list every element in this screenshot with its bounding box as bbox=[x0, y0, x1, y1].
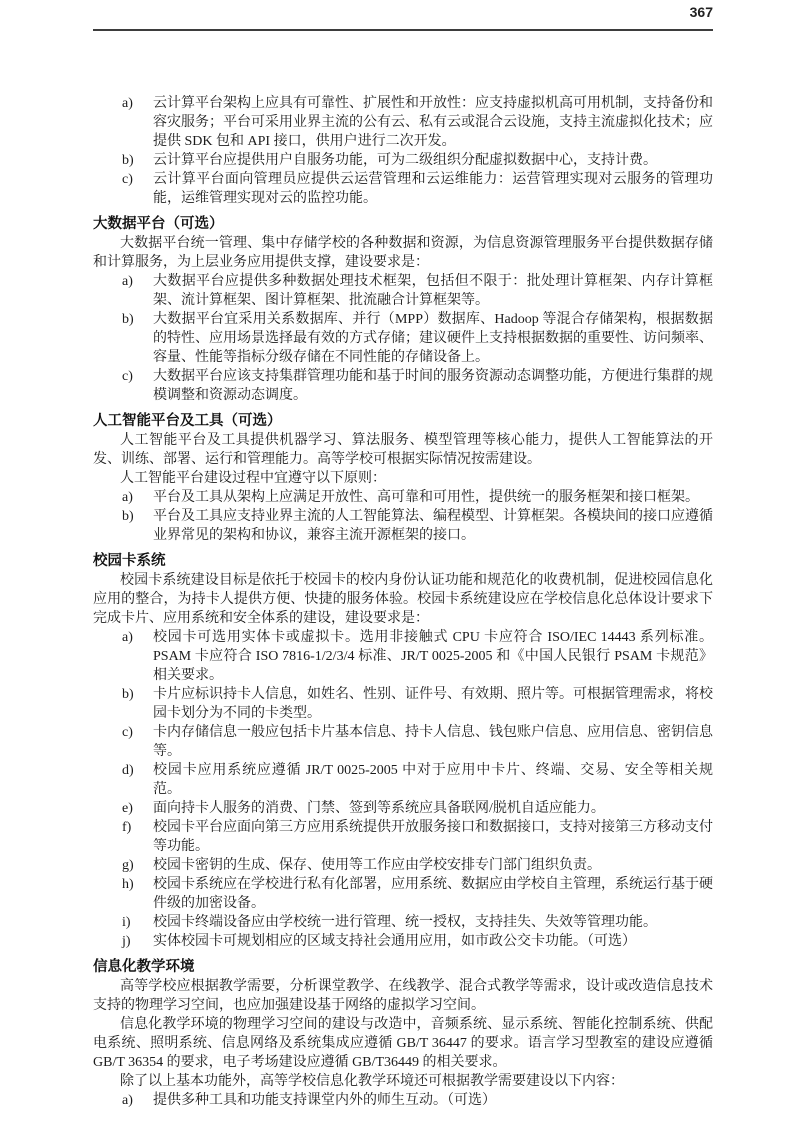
document-page: 367 a) 云计算平台架构上应具有可靠性、扩展性和开放性：应支持虚拟机高可用机… bbox=[0, 0, 793, 1122]
list-item: e) 面向持卡人服务的消费、门禁、签到等系统应具备联网/脱机自适应能力。 bbox=[93, 799, 713, 818]
paragraph: 除了以上基本功能外，高等学校信息化教学环境还可根据教学需要建设以下内容： bbox=[93, 1072, 713, 1091]
list-item-text: 校园卡系统应在学校进行私有化部署，应用系统、数据应由学校自主管理，系统运行基于硬… bbox=[153, 877, 713, 911]
requirement-list: a) 大数据平台应提供多种数据处理技术框架，包括但不限于：批处理计算框架、内存计… bbox=[93, 272, 713, 405]
section-heading: 大数据平台（可选） bbox=[93, 215, 713, 234]
list-item: b) 大数据平台宜采用关系数据库、并行（MPP）数据库、Hadoop 等混合存储… bbox=[93, 310, 713, 367]
list-item: a) 大数据平台应提供多种数据处理技术框架，包括但不限于：批处理计算框架、内存计… bbox=[93, 272, 713, 310]
list-item-text: 云计算平台应提供用户自服务功能，可为二级组织分配虚拟数据中心，支持计费。 bbox=[153, 153, 657, 168]
list-item-text: 平台及工具应支持业界主流的人工智能算法、编程模型、计算框架。各模块间的接口应遵循… bbox=[153, 509, 713, 543]
list-item: a) 校园卡可选用实体卡或虚拟卡。选用非接触式 CPU 卡应符合 ISO/IEC… bbox=[93, 628, 713, 685]
header-rule bbox=[93, 29, 713, 31]
page-number: 367 bbox=[690, 4, 713, 20]
list-item-marker: b) bbox=[122, 151, 134, 170]
list-item-marker: f) bbox=[122, 818, 131, 837]
list-item-marker: e) bbox=[122, 799, 133, 818]
list-item: h) 校园卡系统应在学校进行私有化部署，应用系统、数据应由学校自主管理，系统运行… bbox=[93, 875, 713, 913]
list-item-marker: b) bbox=[122, 685, 134, 704]
list-item: g) 校园卡密钥的生成、保存、使用等工作应由学校安排专门部门组织负责。 bbox=[93, 856, 713, 875]
section-big-data-platform: 大数据平台（可选） 大数据平台统一管理、集中存储学校的各种数据和资源，为信息资源… bbox=[93, 215, 713, 405]
list-item-text: 提供多种工具和功能支持课堂内外的师生互动。（可选） bbox=[153, 1093, 496, 1108]
list-item: b) 平台及工具应支持业界主流的人工智能算法、编程模型、计算框架。各模块间的接口… bbox=[93, 507, 713, 545]
list-item-text: 平台及工具从架构上应满足开放性、高可靠和可用性，提供统一的服务框架和接口框架。 bbox=[153, 490, 699, 505]
list-item-marker: g) bbox=[122, 856, 134, 875]
list-item-text: 校园卡平台应面向第三方应用系统提供开放服务接口和数据接口，支持对接第三方移动支付… bbox=[153, 820, 713, 854]
list-item: d) 校园卡应用系统应遵循 JR/T 0025-2005 中对于应用中卡片、终端… bbox=[93, 761, 713, 799]
paragraph: 信息化教学环境的物理学习空间的建设与改造中，音频系统、显示系统、智能化控制系统、… bbox=[93, 1015, 713, 1072]
section-cloud-platform: a) 云计算平台架构上应具有可靠性、扩展性和开放性：应支持虚拟机高可用机制，支持… bbox=[93, 94, 713, 208]
list-item-marker: a) bbox=[122, 94, 133, 113]
list-item-marker: c) bbox=[122, 170, 133, 189]
list-item-text: 校园卡终端设备应由学校统一进行管理、统一授权，支持挂失、失效等管理功能。 bbox=[153, 915, 657, 930]
list-item: c) 云计算平台面向管理员应提供云运营管理和云运维能力：运营管理实现对云服务的管… bbox=[93, 170, 713, 208]
list-item-text: 大数据平台应提供多种数据处理技术框架，包括但不限于：批处理计算框架、内存计算框架… bbox=[153, 274, 713, 308]
list-item-text: 校园卡可选用实体卡或虚拟卡。选用非接触式 CPU 卡应符合 ISO/IEC 14… bbox=[153, 630, 713, 683]
list-item-text: 校园卡应用系统应遵循 JR/T 0025-2005 中对于应用中卡片、终端、交易… bbox=[153, 763, 713, 797]
list-item-marker: j) bbox=[122, 932, 131, 951]
list-item-text: 面向持卡人服务的消费、门禁、签到等系统应具备联网/脱机自适应能力。 bbox=[153, 801, 605, 816]
list-item: a) 平台及工具从架构上应满足开放性、高可靠和可用性，提供统一的服务框架和接口框… bbox=[93, 488, 713, 507]
list-item: f) 校园卡平台应面向第三方应用系统提供开放服务接口和数据接口，支持对接第三方移… bbox=[93, 818, 713, 856]
page-header: 367 bbox=[93, 3, 713, 29]
list-item-marker: a) bbox=[122, 628, 133, 647]
list-item-text: 卡内存储信息一般应包括卡片基本信息、持卡人信息、钱包账户信息、应用信息、密钥信息… bbox=[153, 725, 713, 759]
list-item: j) 实体校园卡可规划相应的区域支持社会通用应用，如市政公交卡功能。（可选） bbox=[93, 932, 713, 951]
list-item: b) 云计算平台应提供用户自服务功能，可为二级组织分配虚拟数据中心，支持计费。 bbox=[93, 151, 713, 170]
section-campus-card: 校园卡系统 校园卡系统建设目标是依托于校园卡的校内身份认证功能和规范化的收费机制… bbox=[93, 552, 713, 951]
requirement-list: a) 平台及工具从架构上应满足开放性、高可靠和可用性，提供统一的服务框架和接口框… bbox=[93, 488, 713, 545]
list-item-marker: a) bbox=[122, 272, 133, 291]
list-item-marker: c) bbox=[122, 723, 133, 742]
requirement-list: a) 云计算平台架构上应具有可靠性、扩展性和开放性：应支持虚拟机高可用机制，支持… bbox=[93, 94, 713, 208]
list-item-marker: a) bbox=[122, 488, 133, 507]
section-ai-platform: 人工智能平台及工具（可选） 人工智能平台及工具提供机器学习、算法服务、模型管理等… bbox=[93, 412, 713, 545]
paragraph: 高等学校应根据教学需要，分析课堂教学、在线教学、混合式教学等需求，设计或改造信息… bbox=[93, 977, 713, 1015]
list-item-text: 卡片应标识持卡人信息，如姓名、性别、证件号、有效期、照片等。可根据管理需求，将校… bbox=[153, 687, 713, 721]
list-item-text: 大数据平台应该支持集群管理功能和基于时间的服务资源动态调整功能，方便进行集群的规… bbox=[153, 369, 713, 403]
list-item: c) 卡内存储信息一般应包括卡片基本信息、持卡人信息、钱包账户信息、应用信息、密… bbox=[93, 723, 713, 761]
list-item-marker: c) bbox=[122, 367, 133, 386]
paragraph: 人工智能平台建设过程中宜遵守以下原则： bbox=[93, 469, 713, 488]
list-item: a) 云计算平台架构上应具有可靠性、扩展性和开放性：应支持虚拟机高可用机制，支持… bbox=[93, 94, 713, 151]
list-item-marker: b) bbox=[122, 310, 134, 329]
requirement-list: a) 提供多种工具和功能支持课堂内外的师生互动。（可选） bbox=[93, 1091, 713, 1110]
list-item-marker: i) bbox=[122, 913, 131, 932]
list-item: b) 卡片应标识持卡人信息，如姓名、性别、证件号、有效期、照片等。可根据管理需求… bbox=[93, 685, 713, 723]
list-item-marker: d) bbox=[122, 761, 134, 780]
list-item-text: 校园卡密钥的生成、保存、使用等工作应由学校安排专门部门组织负责。 bbox=[153, 858, 601, 873]
section-teaching-environment: 信息化教学环境 高等学校应根据教学需要，分析课堂教学、在线教学、混合式教学等需求… bbox=[93, 958, 713, 1110]
list-item-marker: h) bbox=[122, 875, 134, 894]
section-heading: 校园卡系统 bbox=[93, 552, 713, 571]
list-item-marker: a) bbox=[122, 1091, 133, 1110]
paragraph: 大数据平台统一管理、集中存储学校的各种数据和资源，为信息资源管理服务平台提供数据… bbox=[93, 234, 713, 272]
list-item-marker: b) bbox=[122, 507, 134, 526]
section-heading: 信息化教学环境 bbox=[93, 958, 713, 977]
list-item-text: 云计算平台架构上应具有可靠性、扩展性和开放性：应支持虚拟机高可用机制，支持备份和… bbox=[153, 96, 713, 149]
paragraph: 人工智能平台及工具提供机器学习、算法服务、模型管理等核心能力，提供人工智能算法的… bbox=[93, 431, 713, 469]
list-item-text: 实体校园卡可规划相应的区域支持社会通用应用，如市政公交卡功能。（可选） bbox=[153, 934, 636, 949]
list-item-text: 大数据平台宜采用关系数据库、并行（MPP）数据库、Hadoop 等混合存储架构，… bbox=[153, 312, 713, 365]
paragraph: 校园卡系统建设目标是依托于校园卡的校内身份认证功能和规范化的收费机制，促进校园信… bbox=[93, 571, 713, 628]
list-item: a) 提供多种工具和功能支持课堂内外的师生互动。（可选） bbox=[93, 1091, 713, 1110]
document-body: a) 云计算平台架构上应具有可靠性、扩展性和开放性：应支持虚拟机高可用机制，支持… bbox=[93, 94, 713, 1110]
list-item: i) 校园卡终端设备应由学校统一进行管理、统一授权，支持挂失、失效等管理功能。 bbox=[93, 913, 713, 932]
requirement-list: a) 校园卡可选用实体卡或虚拟卡。选用非接触式 CPU 卡应符合 ISO/IEC… bbox=[93, 628, 713, 951]
list-item-text: 云计算平台面向管理员应提供云运营管理和云运维能力：运营管理实现对云服务的管理功能… bbox=[153, 172, 713, 206]
section-heading: 人工智能平台及工具（可选） bbox=[93, 412, 713, 431]
list-item: c) 大数据平台应该支持集群管理功能和基于时间的服务资源动态调整功能，方便进行集… bbox=[93, 367, 713, 405]
